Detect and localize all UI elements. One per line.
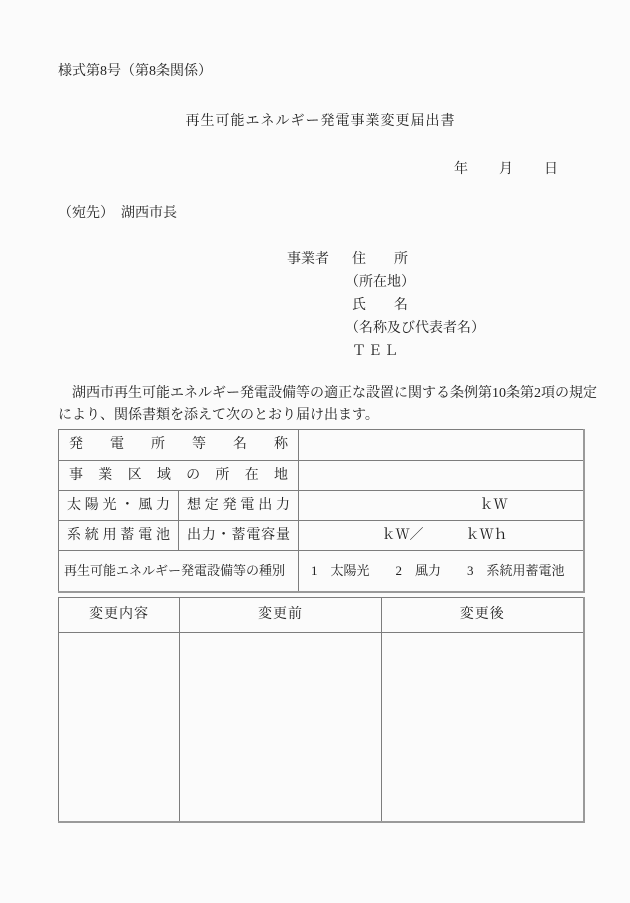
facility-name-value-cell xyxy=(299,430,584,461)
solar-wind-category-cell: 太陽光・風力 xyxy=(59,491,179,521)
applicant-address-label: 住 所 xyxy=(345,248,485,271)
battery-category-label: 系統用蓄電池 xyxy=(59,526,178,546)
battery-capacity-label-cell: 出力・蓄電容量 xyxy=(179,521,299,551)
document-title: 再生可能エネルギー発電事業変更届出書 xyxy=(58,112,583,132)
document-page: 様式第8号（第8条関係） 再生可能エネルギー発電事業変更届出書 年 月 日 （宛… xyxy=(0,0,630,903)
facility-table: 発電所等名称 事業区域の所在地 太陽光・風力 想定発電出力 ｋＷ 系統用蓄電池 xyxy=(58,429,585,593)
expected-output-value-cell: ｋＷ xyxy=(299,491,584,521)
applicant-tel-label: ＴＥＬ xyxy=(345,340,485,363)
business-area-label-cell: 事業区域の所在地 xyxy=(59,461,299,491)
change-content-cell xyxy=(59,633,180,823)
battery-row: 系統用蓄電池 出力・蓄電容量 ｋＷ／ ｋＷｈ xyxy=(59,521,584,551)
date-line: 年 月 日 xyxy=(58,160,583,180)
solar-wind-category-label: 太陽光・風力 xyxy=(59,496,178,516)
business-area-label: 事業区域の所在地 xyxy=(59,466,298,486)
expected-output-label: 想定発電出力 xyxy=(179,496,298,516)
change-content-header: 変更内容 xyxy=(59,598,180,633)
change-before-cell xyxy=(180,633,382,823)
change-table-body-row xyxy=(59,633,584,823)
applicant-address-note: （所在地） xyxy=(345,271,485,294)
addressee: （宛先） 湖西市長 xyxy=(58,204,583,224)
equipment-type-options-cell: 1 太陽光 2 風力 3 系統用蓄電池 xyxy=(299,551,584,593)
business-area-row: 事業区域の所在地 xyxy=(59,461,584,491)
equipment-type-row: 再生可能エネルギー発電設備等の種別 1 太陽光 2 風力 3 系統用蓄電池 xyxy=(59,551,584,593)
facility-name-row: 発電所等名称 xyxy=(59,430,584,461)
applicant-label: 事業者 xyxy=(287,248,329,363)
equipment-type-label-cell: 再生可能エネルギー発電設備等の種別 xyxy=(59,551,299,593)
form-number: 様式第8号（第8条関係） xyxy=(58,62,583,82)
battery-capacity-label: 出力・蓄電容量 xyxy=(179,526,298,546)
change-after-header: 変更後 xyxy=(382,598,584,633)
applicant-name-label: 氏 名 xyxy=(345,294,485,317)
body-paragraph-line-1: 湖西市再生可能エネルギー発電設備等の適正な設置に関する条例第10条第2項の規定 xyxy=(58,383,583,405)
body-paragraph: 湖西市再生可能エネルギー発電設備等の適正な設置に関する条例第10条第2項の規定 … xyxy=(58,383,583,427)
applicant-name-note: （名称及び代表者名） xyxy=(345,317,485,340)
battery-category-cell: 系統用蓄電池 xyxy=(59,521,179,551)
expected-output-label-cell: 想定発電出力 xyxy=(179,491,299,521)
change-table-header-row: 変更内容 変更前 変更後 xyxy=(59,598,584,633)
applicant-lines: 住 所 （所在地） 氏 名 （名称及び代表者名） ＴＥＬ xyxy=(345,248,485,363)
facility-name-label-cell: 発電所等名称 xyxy=(59,430,299,461)
business-area-value-cell xyxy=(299,461,584,491)
facility-name-label: 発電所等名称 xyxy=(59,435,298,455)
solar-wind-row: 太陽光・風力 想定発電出力 ｋＷ xyxy=(59,491,584,521)
body-paragraph-line-2: により、関係書類を添えて次のとおり届け出ます。 xyxy=(58,405,583,427)
battery-capacity-value-cell: ｋＷ／ ｋＷｈ xyxy=(299,521,584,551)
applicant-block: 事業者 住 所 （所在地） 氏 名 （名称及び代表者名） ＴＥＬ xyxy=(287,248,583,363)
change-table: 変更内容 変更前 変更後 xyxy=(58,597,585,823)
change-before-header: 変更前 xyxy=(180,598,382,633)
change-after-cell xyxy=(382,633,584,823)
